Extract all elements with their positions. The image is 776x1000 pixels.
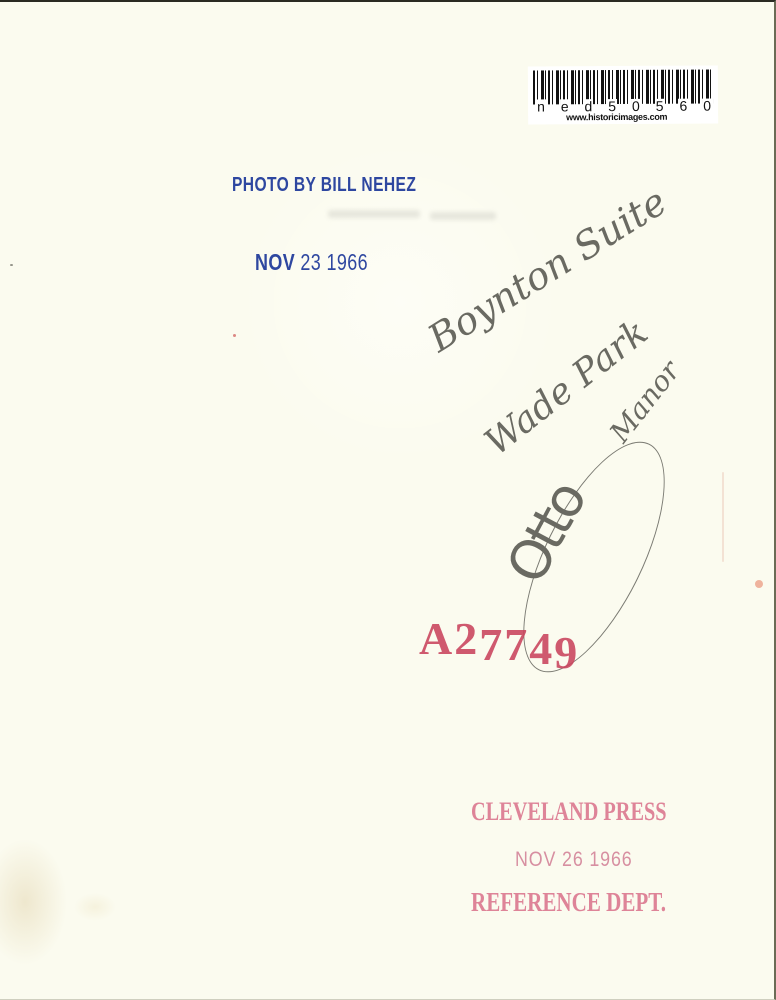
barcode-char: n: [536, 99, 546, 113]
barcode-char: d: [583, 99, 593, 113]
stain-speck: [755, 580, 763, 588]
archive-date-stamp: NOV 26 1966: [515, 848, 633, 872]
ink-offset-smudge: [328, 210, 420, 218]
photo-credit-stamp: PHOTO BY BILL NEHEZ: [232, 174, 416, 197]
barcode-char: 5: [607, 99, 617, 113]
date-stamp-received: NOV 23 1966: [255, 249, 368, 276]
photo-back-sheet: n e d 5 0 5 6 0 www.historicimages.com P…: [0, 0, 776, 1000]
barcode-label: n e d 5 0 5 6 0 www.historicimages.com: [528, 66, 718, 125]
stain-speck: [10, 264, 13, 266]
archive-dept-stamp: REFERENCE DEPT.: [471, 887, 666, 918]
archive-number-stamp: A27749: [419, 612, 579, 665]
barcode-char: 6: [678, 99, 688, 113]
archive-number-digit: 7: [504, 618, 529, 671]
barcode-char: 5: [655, 99, 665, 113]
archive-number-digit: 9: [554, 626, 579, 679]
barcode-char: e: [560, 99, 570, 113]
stain-speck: [233, 334, 236, 337]
date-stamp-day-year: 23 1966: [300, 249, 368, 275]
barcode-url: www.historicimages.com: [566, 112, 667, 123]
archive-number-digit: 4: [529, 622, 554, 675]
barcode-char: 0: [702, 99, 712, 113]
ink-offset-smudge: [430, 212, 496, 220]
barcode-char: 0: [631, 99, 641, 113]
date-stamp-month: NOV: [255, 249, 295, 275]
archive-name-stamp: CLEVELAND PRESS: [471, 797, 667, 827]
stain-speck: [722, 472, 724, 562]
archive-number-digit: 7: [479, 618, 504, 671]
archive-number-digit: 2: [454, 612, 479, 665]
archive-number-letter: A: [419, 612, 454, 665]
